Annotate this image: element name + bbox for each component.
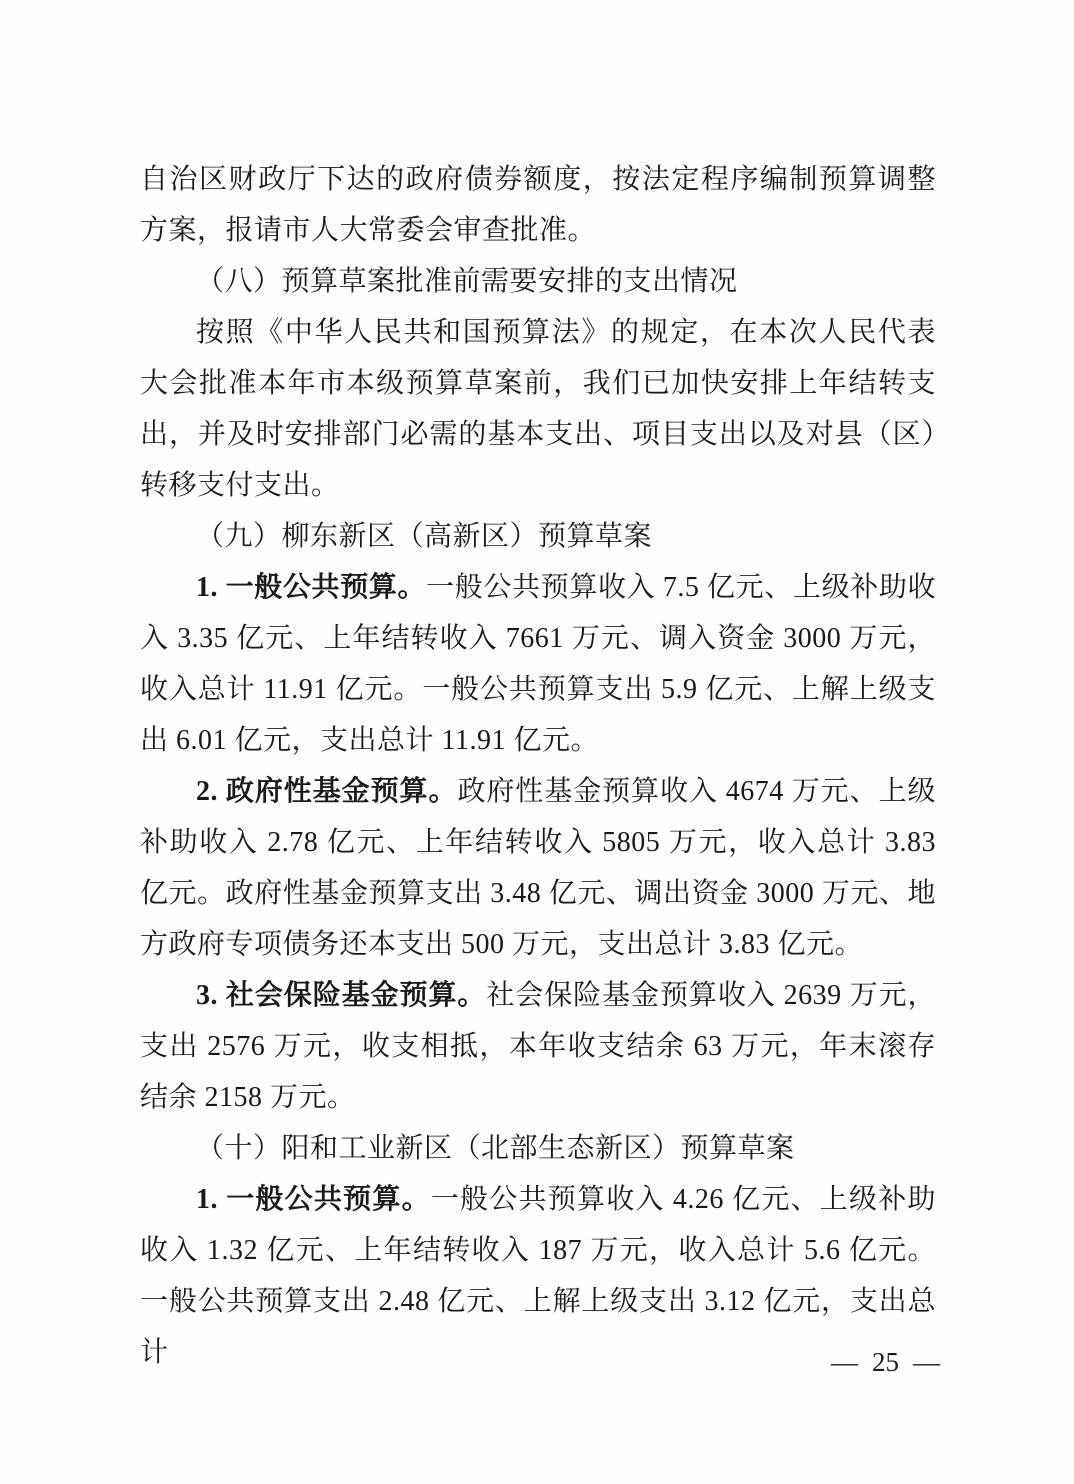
item-lead-social-insurance-budget: 3. 社会保险基金预算。	[196, 980, 486, 1011]
paragraph-yanghe-general-budget: 1. 一般公共预算。一般公共预算收入 4.26 亿元、上级补助收入 1.32 亿…	[140, 1174, 936, 1378]
item-lead-general-public-budget: 1. 一般公共预算。	[196, 572, 426, 603]
page-number: 25	[872, 1347, 899, 1377]
document-content: 自治区财政厅下达的政府债券额度，按法定程序编制预算调整方案，报请市人大常委会审查…	[140, 154, 936, 1378]
paragraph-budget-law: 按照《中华人民共和国预算法》的规定，在本次人民代表大会批准本年市本级预算草案前，…	[140, 307, 936, 511]
footer-dash-right: —	[913, 1347, 940, 1377]
paragraph-liudong-social-insurance-budget: 3. 社会保险基金预算。社会保险基金预算收入 2639 万元，支出 2576 万…	[140, 970, 936, 1123]
section-heading-8: （八）预算草案批准前需要安排的支出情况	[140, 256, 936, 307]
paragraph-liudong-government-fund-budget: 2. 政府性基金预算。政府性基金预算收入 4674 万元、上级补助收入 2.78…	[140, 766, 936, 970]
document-page: 自治区财政厅下达的政府债券额度，按法定程序编制预算调整方案，报请市人大常委会审查…	[0, 0, 1074, 1484]
footer-dash-left: —	[831, 1347, 858, 1377]
section-heading-10: （十）阳和工业新区（北部生态新区）预算草案	[140, 1123, 936, 1174]
item-lead-yanghe-general-public-budget: 1. 一般公共预算。	[196, 1184, 431, 1215]
paragraph-continuation: 自治区财政厅下达的政府债券额度，按法定程序编制预算调整方案，报请市人大常委会审查…	[140, 154, 936, 256]
item-lead-government-fund-budget: 2. 政府性基金预算。	[196, 776, 457, 807]
page-footer: —25—	[824, 1342, 947, 1382]
paragraph-liudong-general-budget: 1. 一般公共预算。一般公共预算收入 7.5 亿元、上级补助收入 3.35 亿元…	[140, 562, 936, 766]
section-heading-9: （九）柳东新区（高新区）预算草案	[140, 511, 936, 562]
